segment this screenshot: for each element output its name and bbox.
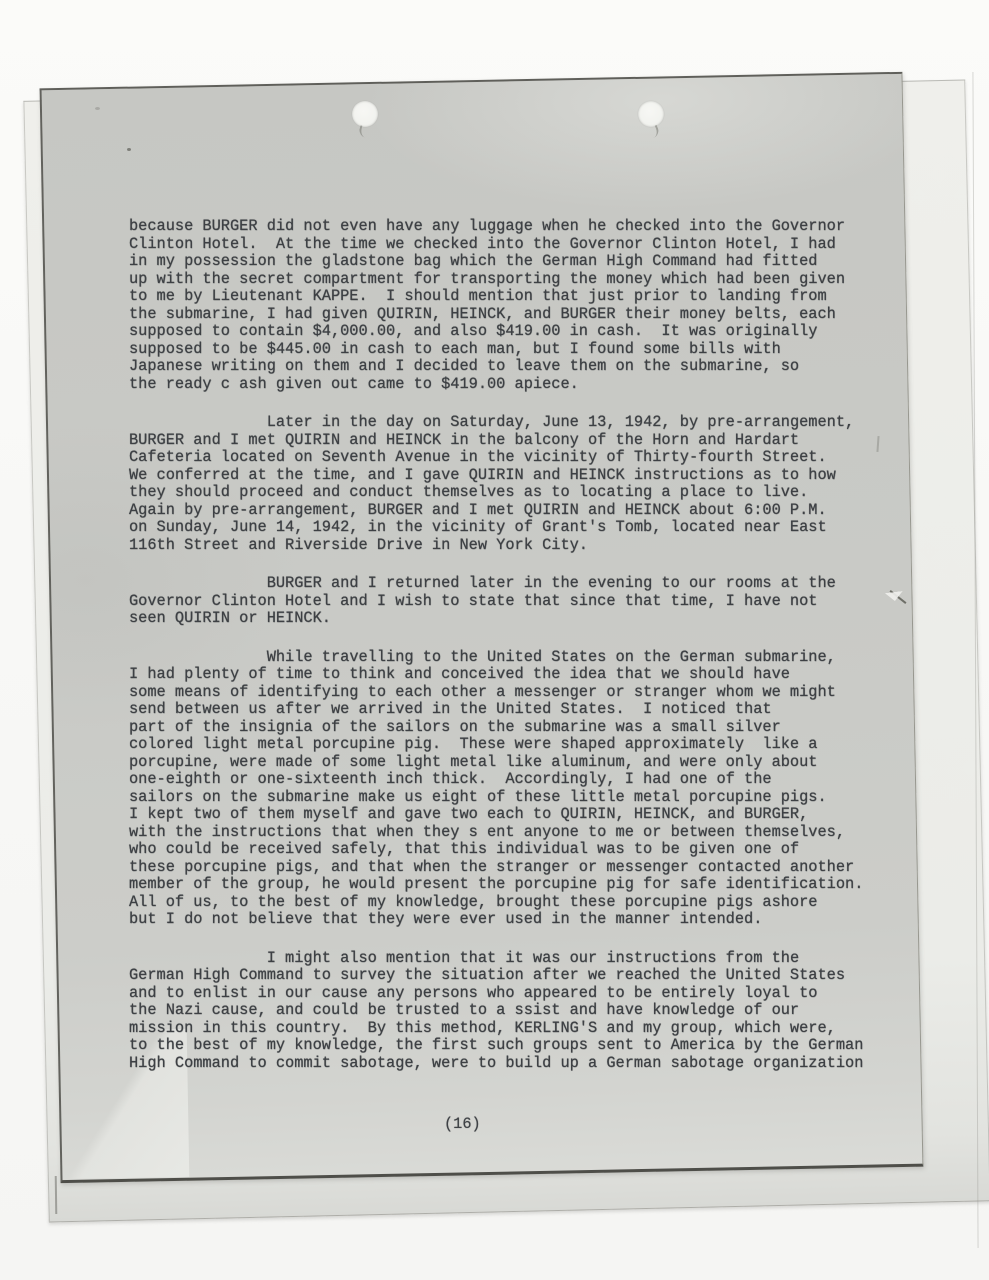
hole-punch-right-icon (638, 101, 664, 127)
ink-speck (95, 107, 100, 110)
paragraph-money-belts: because BURGER did not even have any lug… (129, 218, 894, 393)
ink-speck (127, 148, 131, 151)
page-number: (16) (444, 1116, 481, 1134)
paragraph-cafeteria-meetings: Later in the day on Saturday, June 13, 1… (129, 414, 894, 554)
paragraph-high-command-instructions: I might also mention that it was our ins… (129, 950, 894, 1073)
scanned-document: because BURGER did not even have any lug… (0, 0, 989, 1280)
hole-punch-left-icon (352, 101, 378, 127)
typewritten-text: because BURGER did not even have any lug… (129, 218, 894, 1093)
paragraph-returned-to-hotel: BURGER and I returned later in the eveni… (129, 575, 894, 628)
paragraph-porcupine-pigs: While travelling to the United States on… (129, 649, 894, 929)
